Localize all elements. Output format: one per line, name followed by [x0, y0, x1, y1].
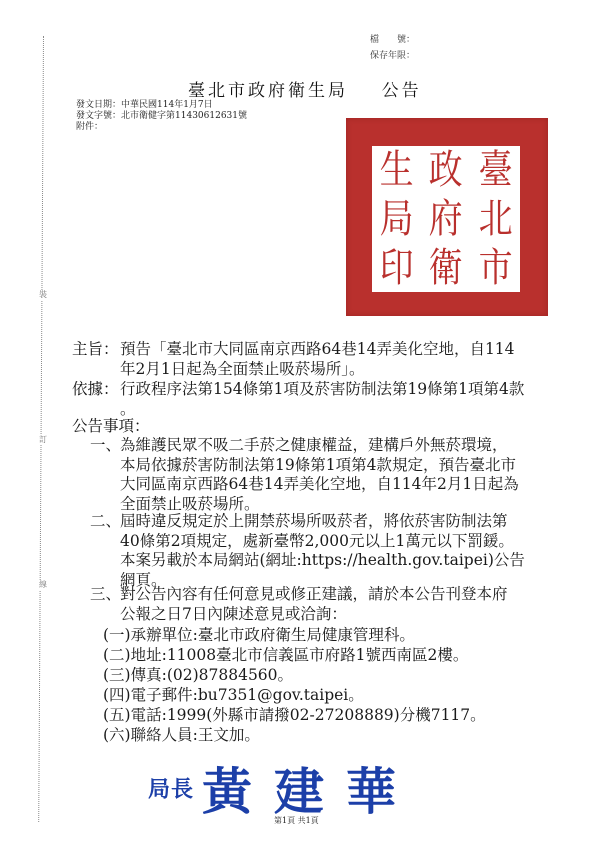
- item-line: 本局依據菸害防制法第19條第1項第4款規定，預告臺北市: [120, 456, 560, 476]
- binding-line: [38, 36, 44, 822]
- seal-characters: 臺 北 市 政 府 衛 生 局 印: [372, 146, 520, 292]
- item-number: 三、: [90, 585, 122, 605]
- item-body: 為維護民眾不吸二手菸之健康權益，建構戶外無菸環境， 本局依據菸害防制法第19條第…: [120, 436, 560, 514]
- binding-mark-ding: 訂: [37, 435, 49, 445]
- contact-address: (二)地址:11008臺北市信義區市府路1號西南區2樓。: [103, 646, 468, 666]
- basis-text: 行政程序法第154條第1項及菸害防制法第19條第1項第4款 。: [120, 380, 550, 419]
- seal-char: 臺: [474, 146, 516, 195]
- item-number: 一、: [90, 436, 122, 456]
- subject-label: 主旨：: [72, 340, 119, 360]
- item-line: 對公告內容有任何意見或修正建議，請於本公告刊登本府: [120, 585, 560, 605]
- binding-mark-zhuang: 裝: [37, 290, 49, 300]
- item-line: 40條第2項規定，處新臺幣2,000元以上1萬元以下罰鍰。: [120, 532, 560, 552]
- contact-fax: (三)傳真:(02)87884560。: [103, 666, 293, 686]
- seal-char: 府: [425, 195, 467, 244]
- signature-name: 黃建華: [202, 762, 418, 821]
- subject-line: 預告「臺北市大同區南京西路64巷14弄美化空地，自114: [120, 340, 550, 360]
- seal-char: 市: [474, 243, 516, 292]
- seal-char: 印: [376, 243, 418, 292]
- document-title: 臺北市政府衛生局 公告: [188, 76, 422, 101]
- item-body: 屆時違反規定於上開禁菸場所吸菸者，將依菸害防制法第 40條第2項規定，處新臺幣2…: [120, 512, 560, 590]
- basis-label: 依據：: [72, 380, 119, 400]
- reference-number-row: 發文字號：北市衛健字第11430612631號: [76, 111, 247, 122]
- item-line: 屆時違反規定於上開禁菸場所吸菸者，將依菸害防制法第: [120, 512, 560, 532]
- announcement-heading: 公告事項：: [72, 417, 150, 437]
- seal-char: 政: [425, 146, 467, 195]
- seal-char: 生: [376, 146, 418, 195]
- subject-text: 預告「臺北市大同區南京西路64巷14弄美化空地，自114 年2月1日起為全面禁止…: [120, 340, 550, 379]
- subject-line: 年2月1日起為全面禁止吸菸場所」。: [120, 360, 550, 380]
- file-number-label: 檔 號：: [370, 32, 415, 48]
- director-signature: 局長黃建華: [148, 752, 418, 824]
- contact-email: (四)電子郵件:bu7351@gov.taipei。: [103, 686, 364, 706]
- retention-period-label: 保存年限：: [370, 48, 415, 64]
- reference-number-label: 發文字號：: [76, 111, 121, 121]
- contact-person: (六)聯絡人員:王文加。: [103, 726, 260, 746]
- issue-date-row: 發文日期：中華民國114年1月7日: [76, 100, 247, 111]
- file-info: 檔 號： 保存年限：: [370, 32, 415, 64]
- page-number: 第1頁 共1頁: [274, 815, 319, 826]
- contact-unit: (一)承辦單位:臺北市政府衛生局健康管理科。: [103, 626, 415, 646]
- seal-char: 北: [474, 195, 516, 244]
- document-type: 公告: [382, 81, 422, 101]
- agency-name: 臺北市政府衛生局: [188, 81, 348, 101]
- issue-date-value: 中華民國114年1月7日: [121, 100, 213, 110]
- official-seal: 臺 北 市 政 府 衛 生 局 印: [346, 118, 548, 316]
- seal-char: 局: [376, 195, 418, 244]
- seal-inner: 臺 北 市 政 府 衛 生 局 印: [372, 146, 520, 292]
- issue-date-label: 發文日期：: [76, 100, 121, 110]
- signature-title: 局長: [148, 778, 194, 803]
- basis-line: 行政程序法第154條第1項及菸害防制法第19條第1項第4款: [120, 380, 550, 400]
- seal-char: 衛: [425, 243, 467, 292]
- attachment-label: 附件：: [76, 122, 103, 132]
- basis-line: 。: [120, 400, 550, 420]
- contact-phone: (五)電話:1999(外縣市請撥02-27208889)分機7117。: [103, 706, 486, 726]
- item-line: 公報之日7日內陳述意見或洽詢：: [120, 605, 560, 625]
- item-number: 二、: [90, 512, 122, 532]
- item-line: 大同區南京西路64巷14弄美化空地，自114年2月1日起為: [120, 475, 560, 495]
- item-body: 對公告內容有任何意見或修正建議，請於本公告刊登本府 公報之日7日內陳述意見或洽詢…: [120, 585, 560, 624]
- reference-number-value: 北市衛健字第11430612631號: [121, 111, 247, 121]
- attachment-row: 附件：: [76, 122, 247, 133]
- binding-mark-xian: 線: [37, 580, 49, 590]
- document-meta: 發文日期：中華民國114年1月7日 發文字號：北市衛健字第11430612631…: [76, 100, 247, 133]
- item-line: 為維護民眾不吸二手菸之健康權益，建構戶外無菸環境，: [120, 436, 560, 456]
- item-line: 本案另載於本局網站(網址:https://health.gov.taipei)公…: [120, 551, 560, 571]
